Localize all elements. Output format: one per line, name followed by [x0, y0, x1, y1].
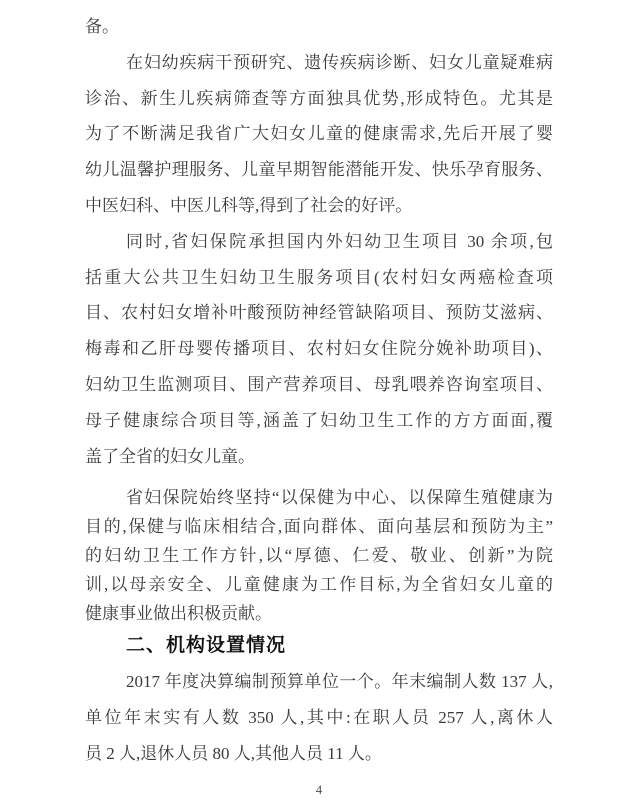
paragraph-block: 备。: [85, 9, 553, 45]
text-line: 目、农村妇女增补叶酸预防神经管缺陷项目、预防艾滋病、: [85, 295, 553, 331]
page-footer: 4: [0, 781, 638, 799]
text-line: 母子健康综合项目等,涵盖了妇幼卫生工作的方方面面,覆: [85, 403, 553, 439]
heading-block: 二、机构设置情况: [85, 628, 553, 664]
text-line: 训,以母亲安全、儿童健康为工作目标,为全省妇女儿童的: [85, 570, 553, 599]
text-line: 幼儿温馨护理服务、儿童早期智能潜能开发、快乐孕育服务、: [85, 152, 553, 188]
text-line: 备。: [85, 9, 553, 45]
paragraph-block: 省妇保院始终坚持“以保健为中心、以保障生殖健康为目的,保健与临床相结合,面向群体…: [85, 483, 553, 628]
text-line: 目的,保健与临床相结合,面向群体、面向基层和预防为主”: [85, 512, 553, 541]
text-line: 梅毒和乙肝母婴传播项目、农村妇女住院分娩补助项目)、: [85, 331, 553, 367]
document-body: 备。在妇幼疾病干预研究、遗传疾病诊断、妇女儿童疑难病诊治、新生儿疾病筛查等方面独…: [85, 9, 553, 772]
section-heading: 二、机构设置情况: [85, 628, 553, 664]
text-line: 省妇保院始终坚持“以保健为中心、以保障生殖健康为: [85, 483, 553, 512]
text-line: 健康事业做出积极贡献。: [85, 599, 553, 628]
document-page: 备。在妇幼疾病干预研究、遗传疾病诊断、妇女儿童疑难病诊治、新生儿疾病筛查等方面独…: [0, 0, 638, 801]
text-line: 同时,省妇保院承担国内外妇幼卫生项目 30 余项,包: [85, 224, 553, 260]
paragraph-block: 在妇幼疾病干预研究、遗传疾病诊断、妇女儿童疑难病诊治、新生儿疾病筛查等方面独具优…: [85, 45, 553, 224]
text-line: 诊治、新生儿疾病筛查等方面独具优势,形成特色。尤其是: [85, 81, 553, 117]
text-line: 在妇幼疾病干预研究、遗传疾病诊断、妇女儿童疑难病: [85, 45, 553, 81]
page-number: 4: [316, 783, 322, 797]
text-line: 单位年末实有人数 350 人,其中:在职人员 257 人,离休人: [85, 700, 553, 736]
text-line: 为了不断满足我省广大妇女儿童的健康需求,先后开展了婴: [85, 116, 553, 152]
text-line: 2017 年度决算编制预算单位一个。年末编制人数 137 人,: [85, 664, 553, 700]
text-line: 妇幼卫生监测项目、围产营养项目、母乳喂养咨询室项目、: [85, 367, 553, 403]
paragraph-block: 2017 年度决算编制预算单位一个。年末编制人数 137 人,单位年末实有人数 …: [85, 664, 553, 771]
text-line: 员 2 人,退休人员 80 人,其他人员 11 人。: [85, 736, 553, 772]
text-line: 盖了全省的妇女儿童。: [85, 439, 553, 475]
text-line: 括重大公共卫生妇幼卫生服务项目(农村妇女两癌检查项: [85, 260, 553, 296]
text-line: 中医妇科、中医儿科等,得到了社会的好评。: [85, 188, 553, 224]
text-line: 的妇幼卫生工作方针,以“厚德、仁爱、敬业、创新”为院: [85, 541, 553, 570]
paragraph-block: 同时,省妇保院承担国内外妇幼卫生项目 30 余项,包括重大公共卫生妇幼卫生服务项…: [85, 224, 553, 475]
